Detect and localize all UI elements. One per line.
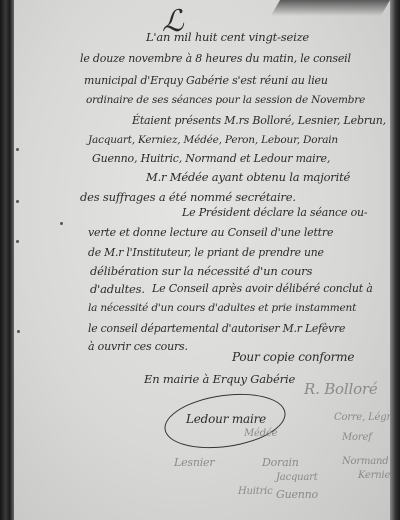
- margin-mark: [60, 222, 63, 225]
- margin-mark: [17, 330, 20, 333]
- signature-bollore: R. Bolloré: [304, 380, 378, 398]
- signature: Dorain: [262, 456, 299, 469]
- text-line: la nécessité d'un cours d'adultes et pri…: [88, 302, 356, 314]
- text-line: L'an mil huit cent vingt-seize: [146, 30, 309, 44]
- text-line: ordinaire de ses séances pour la session…: [86, 94, 365, 106]
- signature: Corre, Légr: [334, 412, 390, 423]
- text-line: M.r Médée ayant obtenu la majorité: [146, 170, 350, 184]
- text-line: Étaient présents M.rs Bolloré, Lesnier, …: [132, 114, 386, 127]
- signature: Jacquart: [276, 472, 318, 483]
- text-line: à ouvrir ces cours.: [88, 340, 188, 353]
- text-line: Guenno, Huitric, Normand et Ledour maire…: [92, 152, 330, 165]
- margin-mark: [16, 200, 19, 203]
- signature: Médée: [244, 428, 277, 439]
- signature: Kerniez: [358, 470, 390, 481]
- text-line: Le Président déclare la séance ou-: [182, 206, 367, 219]
- mairie-line: En mairie à Erquy Gabérie: [144, 372, 295, 386]
- text-line: le douze novembre à 8 heures du matin, l…: [80, 52, 351, 65]
- text-line: délibération sur la nécessité d'un cours: [90, 264, 312, 278]
- signature: Guenno: [276, 488, 318, 501]
- text-line: Jacquart, Kerniez, Médée, Peron, Lebour,…: [88, 134, 338, 146]
- text-line: verte et donne lecture au Conseil d'une …: [88, 226, 333, 239]
- text-line: de M.r l'Instituteur, le priant de prend…: [88, 246, 324, 259]
- text-line: d'adultes.: [90, 282, 145, 296]
- book-edge: [390, 0, 400, 520]
- text-line: le conseil départemental d'autoriser M.r…: [88, 322, 345, 335]
- text-line: des suffrages a été nommé secrétaire.: [80, 190, 296, 204]
- signature: Normand: [342, 456, 388, 467]
- signature-mayor: Ledour maire: [186, 412, 266, 426]
- text-line: Le Conseil après avoir délibéré conclut …: [152, 282, 373, 295]
- margin-mark: [16, 240, 19, 243]
- signature: Huitric: [238, 486, 273, 497]
- text-line: municipal d'Erquy Gabérie s'est réuni au…: [84, 74, 328, 87]
- closing-formula: Pour copie conforme: [232, 350, 354, 364]
- signature: Lesnier: [174, 456, 214, 469]
- margin-mark: [16, 148, 19, 151]
- book-binding: [0, 0, 14, 520]
- manuscript-page: ℒ L'an mil huit cent vingt-seize le douz…: [14, 0, 390, 520]
- signature: Moref: [342, 432, 372, 443]
